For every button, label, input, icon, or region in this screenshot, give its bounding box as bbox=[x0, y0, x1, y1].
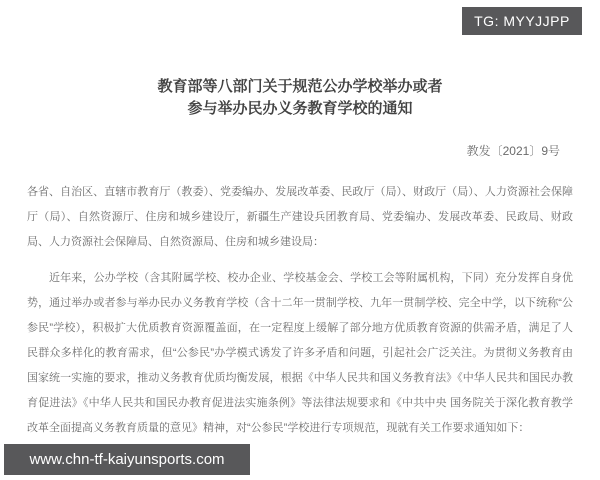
addressees-paragraph: 各省、自治区、直辖市教育厅（教委）、党委编办、发展改革委、民政厅（局）、财政厅（… bbox=[27, 180, 573, 255]
document-number: 教发〔2021〕9号 bbox=[0, 144, 600, 158]
document-title-line1: 教育部等八部门关于规范公办学校举办或者 bbox=[0, 76, 600, 98]
website-watermark-badge: www.chn-tf-kaiyunsports.com bbox=[4, 444, 250, 475]
telegram-watermark-badge: TG: MYYJJPP bbox=[462, 7, 582, 35]
document-page: TG: MYYJJPP 教育部等八部门关于规范公办学校举办或者 参与举办民办义务… bbox=[0, 0, 600, 480]
document-title-line2: 参与举办民办义务教育学校的通知 bbox=[0, 98, 600, 120]
body-paragraph: 近年来，公办学校（含其附属学校、校办企业、学校基金会、学校工会等附属机构，下同）… bbox=[27, 266, 573, 441]
